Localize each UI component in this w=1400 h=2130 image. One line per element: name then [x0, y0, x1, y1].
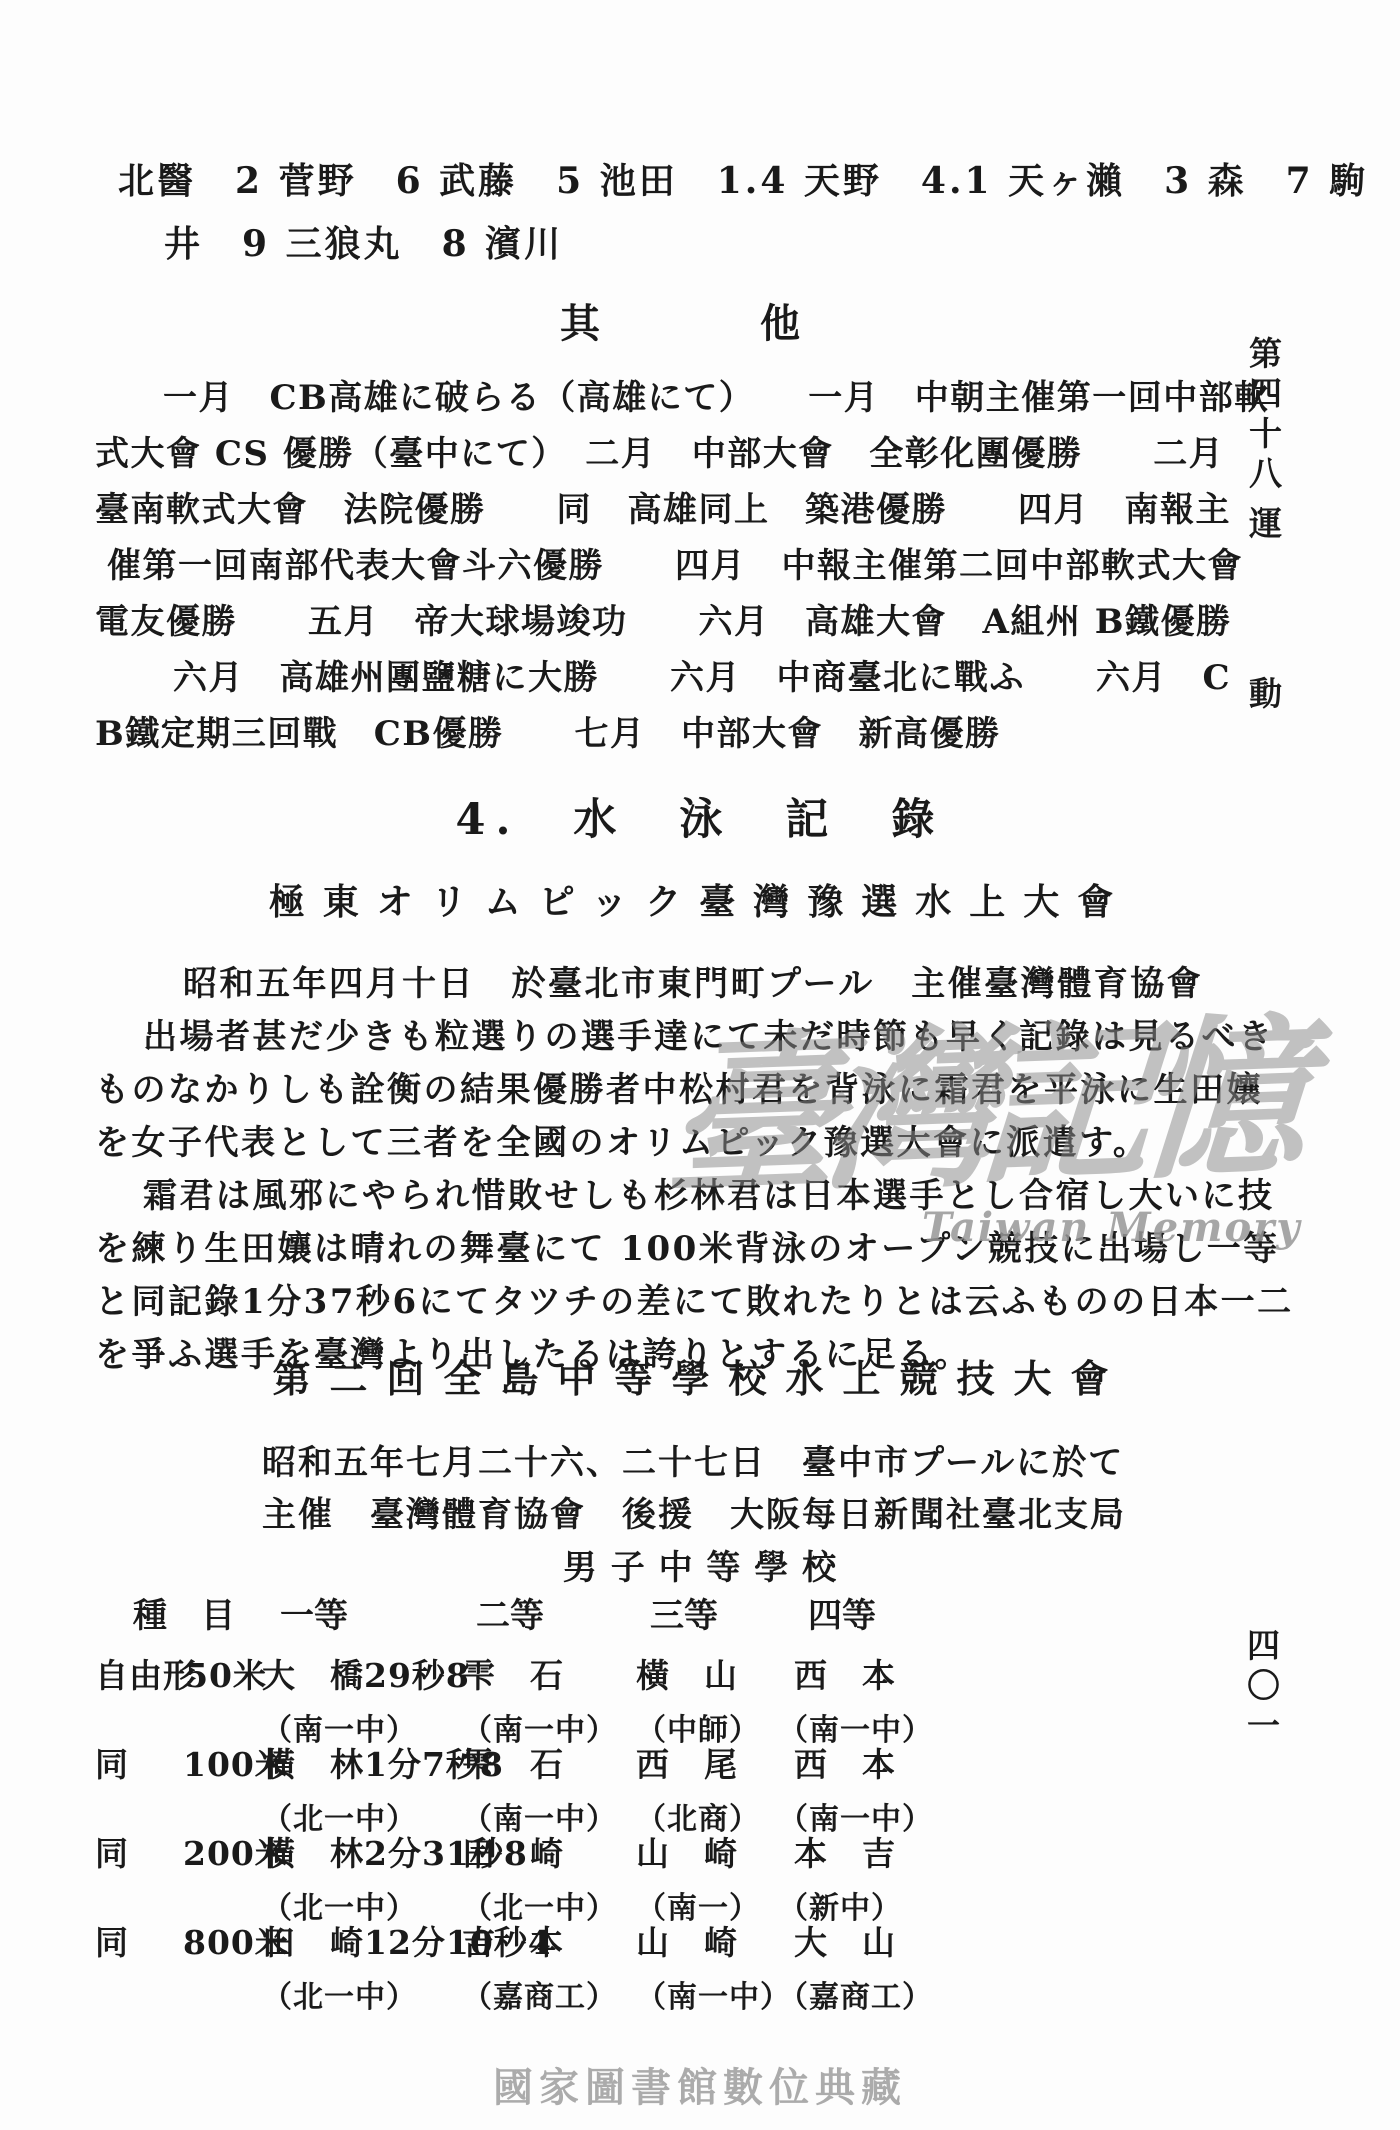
- athlete-name: 山 崎: [636, 1828, 760, 1875]
- paragraph-line: を練り生田孃は晴れの舞臺にて 100米背泳のオープン競技に出場し一等: [95, 1223, 1265, 1276]
- margin-volume-label: 第四十八: [1240, 336, 1287, 496]
- section-heading-swimming: 4. 水 泳 記 錄: [0, 786, 1400, 847]
- paragraph-line: 出場者甚だ少きも粒選りの選手達にて未だ時節も早く記錄は見るべき: [95, 1011, 1265, 1064]
- table-row: 同 800米 田 崎12分10秒4 （北一中） 吉 本 （嘉商工） 山 崎 （南…: [0, 1917, 1400, 2003]
- place-cell-third: 山 崎 （南一）: [636, 1828, 760, 1927]
- athlete-name: 雫 石: [462, 1739, 617, 1786]
- distance-cell: 800米: [183, 1917, 267, 1964]
- paragraph-line: 昭和五年四月十日 於臺北市東門町プール 主催臺灣體育協會: [95, 958, 1265, 1011]
- athlete-school: （嘉商工）: [462, 1972, 617, 2016]
- distance-cell: 100米: [183, 1739, 267, 1786]
- place-cell-fourth: 大 山 （嘉商工）: [778, 1917, 933, 2016]
- paragraph-line: ものなかりしも詮衡の結果優勝者中松村君を背泳に霜君を平泳に生田孃: [95, 1064, 1265, 1117]
- column-header: 二等: [476, 1588, 544, 1637]
- place-cell-second: 雫 石 （南一中）: [462, 1739, 617, 1838]
- margin-section-char: 運: [1240, 506, 1287, 546]
- column-header: 種 目: [133, 1588, 235, 1637]
- score-line: 北醫 2 菅野 6 武藤 5 池田 1.4 天野 4.1 天ヶ瀨 3 森 7 駒: [118, 150, 1368, 213]
- library-footer: 國家圖書館數位典藏: [0, 2056, 1400, 2113]
- column-header: 三等: [650, 1588, 718, 1637]
- athlete-name: 大 山: [778, 1917, 933, 1964]
- paragraph-line: 電友優勝 五月 帝大球場竣功 六月 高雄大會 A組州 B鐵優勝: [95, 594, 1255, 650]
- place-cell-fourth: 本 吉 （新中）: [778, 1828, 902, 1927]
- place-cell-first: 大 橋29秒8 （南一中）: [262, 1650, 470, 1749]
- athlete-name: 西 本: [778, 1739, 933, 1786]
- event2-subtitle: 男 子 中 等 學 校: [0, 1540, 1400, 1589]
- score-list: 北醫 2 菅野 6 武藤 5 池田 1.4 天野 4.1 天ヶ瀨 3 森 7 駒…: [118, 150, 1368, 276]
- place-cell-second: 雫 石 （南一中）: [462, 1650, 617, 1749]
- paragraph-line: 一月 CB高雄に破らる（高雄にて） 一月 中朝主催第一回中部軟: [95, 370, 1255, 426]
- place-cell-third: 西 尾 （北商）: [636, 1739, 760, 1838]
- column-header: 一等: [280, 1588, 348, 1637]
- distance-cell: 50米: [183, 1650, 267, 1697]
- scanned-document-page: 北醫 2 菅野 6 武藤 5 池田 1.4 天野 4.1 天ヶ瀨 3 森 7 駒…: [0, 0, 1400, 2130]
- results-table-header: 種 目 一等 二等 三等 四等: [0, 1588, 1400, 1628]
- paragraph-line: 式大會 CS 優勝（臺中にて） 二月 中部大會 全彰化團優勝 二月: [95, 426, 1255, 482]
- place-cell-second: 田 崎 （北一中）: [462, 1828, 617, 1927]
- paragraph-line: B鐵定期三回戰 CB優勝 七月 中部大會 新高優勝: [95, 706, 1255, 762]
- athlete-school: （嘉商工）: [778, 1972, 933, 2016]
- swim-paragraph: 昭和五年四月十日 於臺北市東門町プール 主催臺灣體育協會 出場者甚だ少きも粒選り…: [95, 958, 1265, 1382]
- event2-info: 昭和五年七月二十六、二十七日 臺中市プールに於て 主催 臺灣體育協會 後援 大阪…: [262, 1437, 1126, 1541]
- event-cell: 同: [95, 1739, 129, 1786]
- paragraph-line: を女子代表として三者を全國のオリムピック豫選大會に派遣す。: [95, 1117, 1265, 1170]
- athlete-name: 吉 本: [462, 1917, 617, 1964]
- event2-title: 第二回全島中等學校水上競技大會: [0, 1348, 1400, 1403]
- event2-info-line: 昭和五年七月二十六、二十七日 臺中市プールに於て: [262, 1437, 1126, 1489]
- event2-info-line: 主催 臺灣體育協會 後援 大阪每日新聞社臺北支局: [262, 1489, 1126, 1541]
- athlete-school: （南一中）: [636, 1972, 791, 2016]
- place-cell-second: 吉 本 （嘉商工）: [462, 1917, 617, 2016]
- section-heading-other: 其 他: [0, 292, 1360, 349]
- paragraph-line: 催第一回南部代表大會斗六優勝 四月 中報主催第二回中部軟式大會: [95, 538, 1255, 594]
- event1-title: 極東オリムピック臺灣豫選水上大會: [0, 874, 1400, 925]
- place-cell-third: 山 崎 （南一中）: [636, 1917, 791, 2016]
- athlete-name: 大 橋29秒8: [262, 1650, 470, 1697]
- paragraph-line: 霜君は風邪にやられ惜敗せしも杉林君は日本選手とし合宿し大いに技: [95, 1170, 1265, 1223]
- place-cell-fourth: 西 本 （南一中）: [778, 1739, 933, 1838]
- other-paragraph: 一月 CB高雄に破らる（高雄にて） 一月 中朝主催第一回中部軟 式大會 CS 優…: [95, 370, 1255, 762]
- paragraph-line: 臺南軟式大會 法院優勝 同 高雄同上 築港優勝 四月 南報主: [95, 482, 1255, 538]
- column-header: 四等: [808, 1588, 876, 1637]
- paragraph-line: 六月 高雄州團鹽糖に大勝 六月 中商臺北に戰ふ 六月 C: [95, 650, 1255, 706]
- athlete-name: 本 吉: [778, 1828, 902, 1875]
- athlete-name: 山 崎: [636, 1917, 791, 1964]
- score-line: 井 9 三狼丸 8 濱川: [118, 213, 1368, 276]
- athlete-name: 西 尾: [636, 1739, 760, 1786]
- distance-cell: 200米: [183, 1828, 267, 1875]
- event-cell: 自由形: [95, 1650, 197, 1697]
- athlete-name: 田 崎: [462, 1828, 617, 1875]
- athlete-name: 橫 山: [636, 1650, 760, 1697]
- table-row: 同 200米 橫 林2分31秒8 （北一中） 田 崎 （北一中） 山 崎 （南一…: [0, 1828, 1400, 1914]
- event-cell: 同: [95, 1828, 129, 1875]
- paragraph-line: と同記錄1分37秒6にてタツチの差にて敗れたりとは云ふものの日本一二: [95, 1276, 1265, 1329]
- place-cell-third: 橫 山 （中師）: [636, 1650, 760, 1749]
- event-cell: 同: [95, 1917, 129, 1964]
- athlete-name: 西 本: [778, 1650, 933, 1697]
- table-row: 自由形 50米 大 橋29秒8 （南一中） 雫 石 （南一中） 橫 山 （中師）…: [0, 1650, 1400, 1736]
- place-cell-fourth: 西 本 （南一中）: [778, 1650, 933, 1749]
- athlete-name: 雫 石: [462, 1650, 617, 1697]
- table-row: 同 100米 橫 林1分7秒8 （北一中） 雫 石 （南一中） 西 尾 （北商）…: [0, 1739, 1400, 1825]
- margin-section-char: 動: [1240, 676, 1287, 716]
